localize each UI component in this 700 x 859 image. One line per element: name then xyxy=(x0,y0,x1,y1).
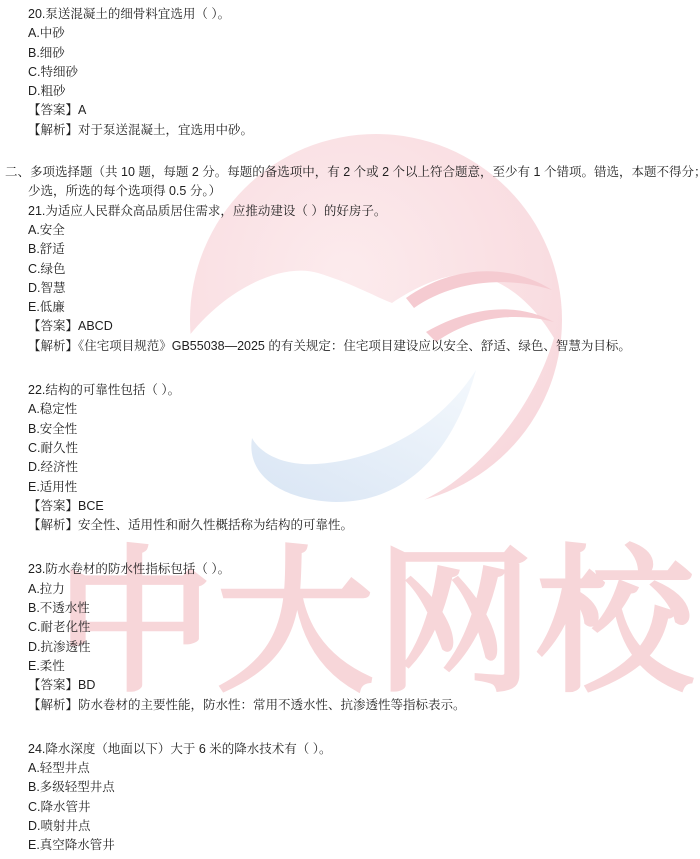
answer-line: 【答案】ABCD xyxy=(28,317,700,336)
question-option: E.低廉 xyxy=(28,298,700,317)
question-option: C.耐久性 xyxy=(28,439,700,458)
analysis-line: 【解析】《住宅项目规范》GB55038—2025 的有关规定：住宅项目建设应以安… xyxy=(28,337,700,356)
section-index: 二、 xyxy=(5,165,30,179)
question-option: A.轻型井点 xyxy=(28,759,700,778)
question-stem: 20.泵送混凝土的细骨料宜选用（ ）。 xyxy=(28,5,700,24)
question-stem: 22.结构的可靠性包括（ ）。 xyxy=(28,381,700,400)
question-option: D.抗渗透性 xyxy=(28,638,700,657)
question-stem: 21.为适应人民群众高品质居住需求，应推动建设（ ）的好房子。 xyxy=(28,202,700,221)
question-option: C.降水管井 xyxy=(28,798,700,817)
answer-line: 【答案】BD xyxy=(28,676,700,695)
section-heading: 二、多项选择题（共 10 题，每题 2 分。每题的备选项中，有 2 个或 2 个… xyxy=(28,163,700,202)
question-option: B.不透水性 xyxy=(28,599,700,618)
question-stem: 23.防水卷材的防水性指标包括（ ）。 xyxy=(28,560,700,579)
question-option: A.安全 xyxy=(28,221,700,240)
question-option: C.特细砂 xyxy=(28,63,700,82)
question-option: A.稳定性 xyxy=(28,400,700,419)
analysis-line: 【解析】防水卷材的主要性能，防水性：常用不透水性、抗渗透性等指标表示。 xyxy=(28,696,700,715)
answer-line: 【答案】BCE xyxy=(28,497,700,516)
question-option: B.安全性 xyxy=(28,420,700,439)
question-block-23: 23.防水卷材的防水性指标包括（ ）。A.拉力B.不透水性C.耐老化性D.抗渗透… xyxy=(28,560,700,714)
question-option: D.经济性 xyxy=(28,458,700,477)
question-block-22: 22.结构的可靠性包括（ ）。A.稳定性B.安全性C.耐久性D.经济性E.适用性… xyxy=(28,381,700,535)
question-list: 21.为适应人民群众高品质居住需求，应推动建设（ ）的好房子。A.安全B.舒适C… xyxy=(28,202,700,856)
question-block-21: 21.为适应人民群众高品质居住需求，应推动建设（ ）的好房子。A.安全B.舒适C… xyxy=(28,202,700,356)
section-title: 多项选择题（共 10 题，每题 2 分。每题的备选项中，有 2 个或 2 个以上… xyxy=(30,165,700,179)
question-option: C.绿色 xyxy=(28,260,700,279)
question-option: B.多级轻型井点 xyxy=(28,778,700,797)
question-option: A.拉力 xyxy=(28,580,700,599)
question-block-20: 20.泵送混凝土的细骨料宜选用（ ）。A.中砂B.细砂C.特细砂D.粗砂【答案】… xyxy=(28,5,700,140)
question-option: D.粗砂 xyxy=(28,82,700,101)
section-heading-line2: 少选，所选的每个选项得 0.5 分。） xyxy=(28,182,700,201)
question-stem: 24.降水深度（地面以下）大于 6 米的降水技术有（ ）。 xyxy=(28,740,700,759)
question-option: C.耐老化性 xyxy=(28,618,700,637)
question-option: E.适用性 xyxy=(28,478,700,497)
question-option: D.喷射井点 xyxy=(28,817,700,836)
question-option: B.细砂 xyxy=(28,44,700,63)
question-option: B.舒适 xyxy=(28,240,700,259)
question-option: E.真空降水管井 xyxy=(28,836,700,855)
question-option: D.智慧 xyxy=(28,279,700,298)
exam-document: 20.泵送混凝土的细骨料宜选用（ ）。A.中砂B.细砂C.特细砂D.粗砂【答案】… xyxy=(0,0,700,856)
analysis-line: 【解析】安全性、适用性和耐久性概括称为结构的可靠性。 xyxy=(28,516,700,535)
question-option: A.中砂 xyxy=(28,24,700,43)
question-option: E.柔性 xyxy=(28,657,700,676)
answer-line: 【答案】A xyxy=(28,101,700,120)
analysis-line: 【解析】对于泵送混凝土，宜选用中砂。 xyxy=(28,121,700,140)
section-heading-line1: 二、多项选择题（共 10 题，每题 2 分。每题的备选项中，有 2 个或 2 个… xyxy=(5,163,700,182)
question-block-24: 24.降水深度（地面以下）大于 6 米的降水技术有（ ）。A.轻型井点B.多级轻… xyxy=(28,740,700,856)
